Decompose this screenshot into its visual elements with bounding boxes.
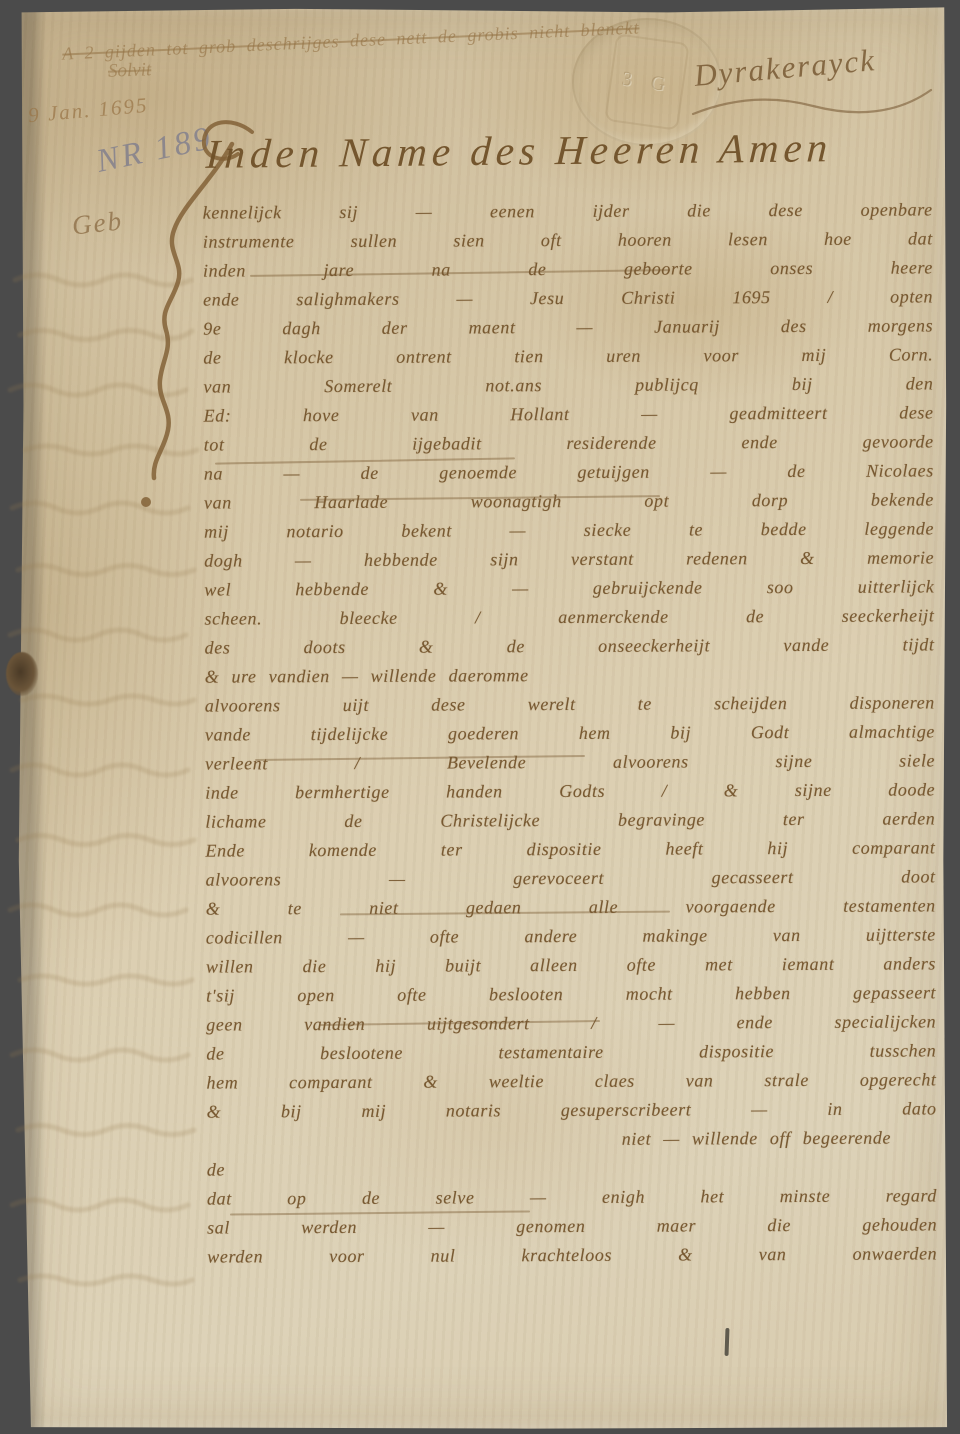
manuscript-line: van Haarlade woonagtigh opt dorp bekende: [204, 485, 934, 517]
margin-note-geb: Geb: [71, 205, 125, 241]
manuscript-line: dat op de selve — enigh het minste regar…: [207, 1181, 937, 1213]
manuscript-line: de: [207, 1152, 937, 1184]
manuscript-line: tot de ijgebadit residerende ende gevoor…: [204, 427, 934, 459]
manuscript-line: Ed: hove van Hollant — geadmitteert dese: [204, 398, 934, 430]
manuscript-line: alvoorens uijt dese werelt te scheijden …: [205, 688, 935, 720]
manuscript-line: geen vandien uijtgesondert / — ende spec…: [206, 1007, 936, 1039]
manuscript-line: de beslootene testamentaire dispositie t…: [206, 1036, 936, 1068]
manuscript-line: & te niet gedaen alle voorgaende testame…: [206, 891, 936, 923]
manuscript-line: & ure vandien — willende daeromme: [205, 659, 935, 691]
manuscript-line: van Somerelt not.ans publijcq bij den: [203, 369, 933, 401]
manuscript-line: Ende komende ter dispositie heeft hij co…: [205, 833, 935, 865]
document-title: Inden Name des Heeren Amen: [205, 122, 936, 178]
manuscript-line: niet — willende off begeerende: [622, 1123, 937, 1153]
manuscript-line: codicillen — ofte andere makinge van uij…: [206, 920, 936, 952]
manuscript-line: alvoorens — gerevoceert gecasseert doot: [206, 862, 936, 894]
manuscript-line: dogh — hebbende sijn verstant redenen & …: [204, 543, 934, 575]
manuscript-line: scheen. bleecke / aenmerckende de seecke…: [204, 601, 934, 633]
manuscript-line: lichame de Christelijcke begravinge ter …: [205, 804, 935, 836]
signature-flourish: [688, 84, 938, 124]
manuscript-line: kennelijck sij — eenen ijder die dese op…: [203, 195, 933, 227]
manuscript-line: werden voor nul krachteloos & van onwaer…: [207, 1239, 937, 1271]
manuscript-line: de klocke ontrent tien uren voor mij Cor…: [203, 340, 933, 372]
manuscript-line: ende salighmakers — Jesu Christi 1695 / …: [203, 282, 933, 314]
manuscript-line: 9e dagh der maent — Januarij des morgens: [203, 311, 933, 343]
seal-shield: 3 G: [604, 33, 690, 130]
manuscript-line: mij notario bekent — siecke te bedde leg…: [204, 514, 934, 546]
solvit-note: Solvit: [108, 59, 152, 82]
manuscript-line: & bij mij notaris gesuperscribeert — in …: [207, 1094, 937, 1126]
manuscript-line: t'sij open ofte beslooten mocht hebben g…: [206, 978, 936, 1010]
manuscript-line: hem comparant & weeltie claes van strale…: [206, 1065, 936, 1097]
manuscript-line: instrumente sullen sien oft hooren lesen…: [203, 224, 933, 256]
deed-body-text: kennelijck sij — eenen ijder die dese op…: [203, 195, 938, 1271]
paper-hole-blot: [6, 652, 38, 696]
manuscript-line: verleent / Bevelende alvoorens sijne sie…: [205, 746, 935, 778]
manuscript-line: wel hebbende & — gebruijckende soo uitte…: [204, 572, 934, 604]
manuscript-line: sal werden — genomen maer die gehouden: [207, 1210, 937, 1242]
seal-text: 3 G: [620, 67, 673, 97]
manuscript-line: willen die hij buijt alleen ofte met iem…: [206, 949, 936, 981]
manuscript-line: inde bermhertige handen Godts / & sijne …: [205, 775, 935, 807]
manuscript-line: des doots & de onseeckerheijt vande tijd…: [205, 630, 935, 662]
manuscript-line: vande tijdelijcke goederen hem bij Godt …: [205, 717, 935, 749]
photograph-backdrop: { "colors": { "background": "#4b4b4b", "…: [0, 0, 960, 1434]
